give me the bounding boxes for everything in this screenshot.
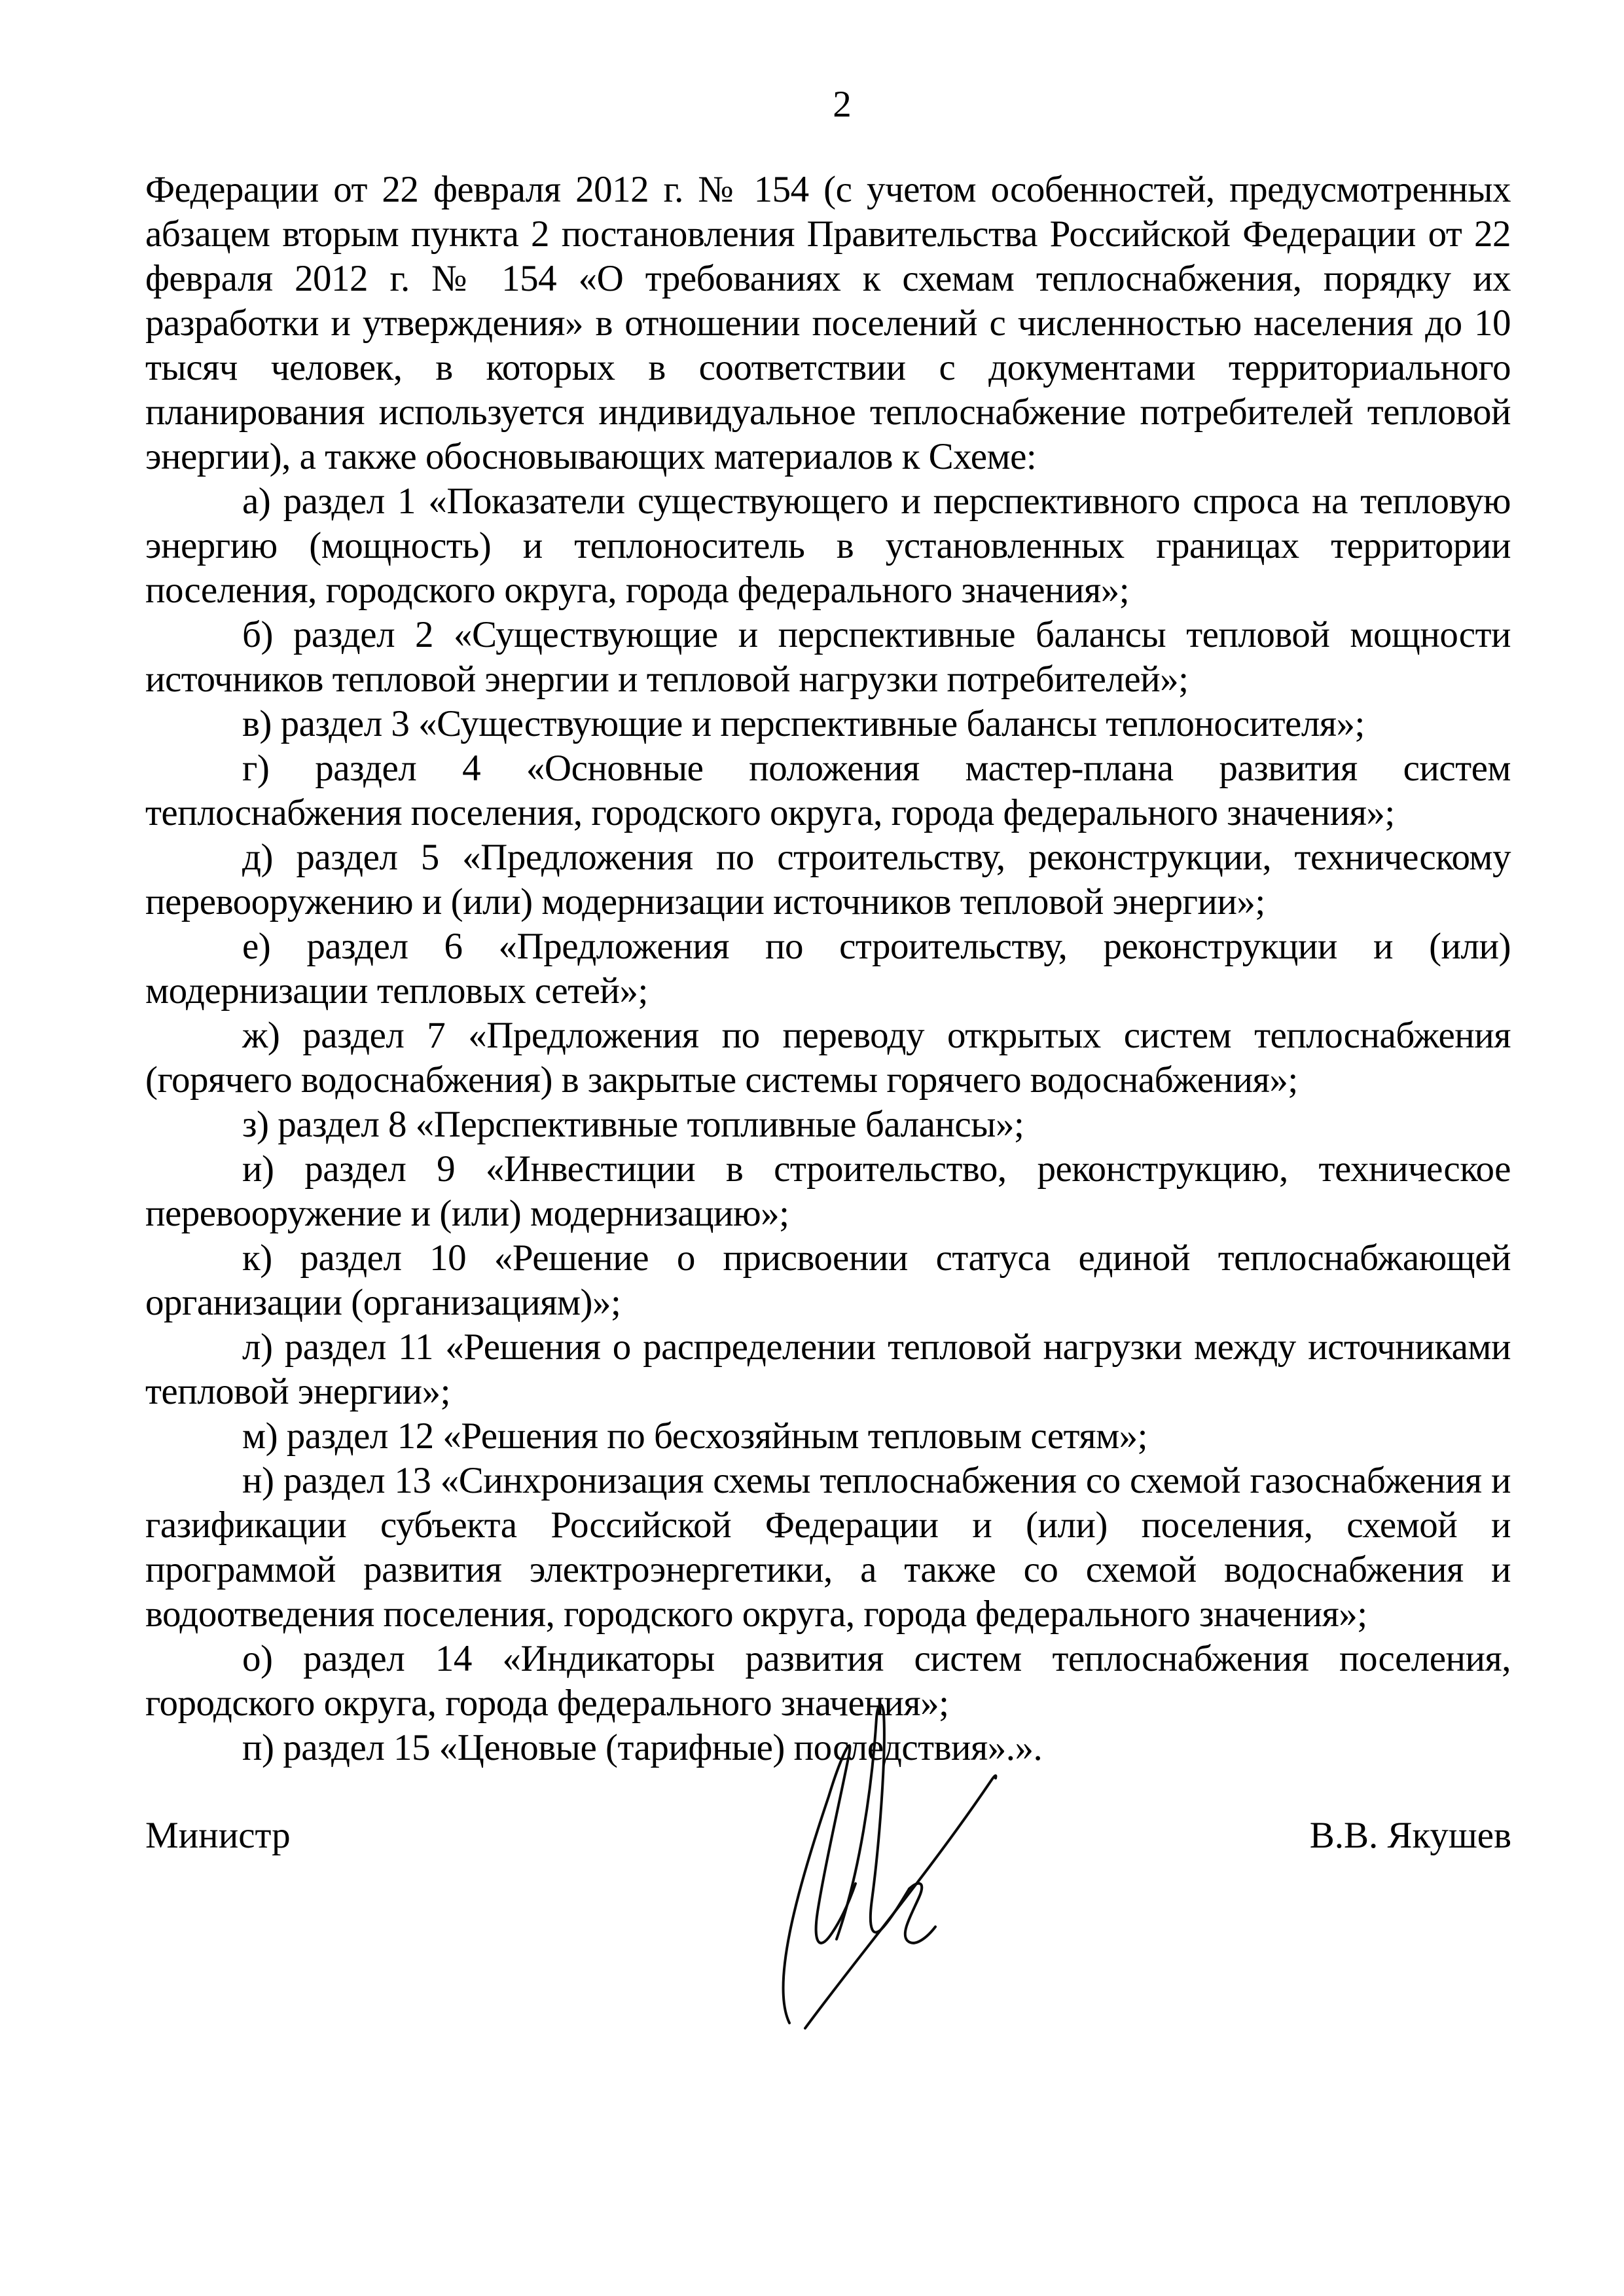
list-item-m: м) раздел 12 «Решения по бесхозяйным теп…	[145, 1414, 1511, 1459]
document-page: { "page": { "number": "2", "paragraphs":…	[0, 0, 1624, 2296]
list-item-a: а) раздел 1 «Показатели существующего и …	[145, 479, 1511, 613]
signer-name: В.В. Якушев	[1310, 1813, 1511, 1858]
list-item-l: л) раздел 11 «Решения о распределении те…	[145, 1325, 1511, 1414]
paragraph-intro: Федерации от 22 февраля 2012 г. № 154 (с…	[145, 168, 1511, 479]
handwritten-signature	[732, 1677, 1020, 2034]
list-item-d: д) раздел 5 «Предложения по строительств…	[145, 835, 1511, 924]
list-item-g: г) раздел 4 «Основные положения мастер-п…	[145, 746, 1511, 835]
list-item-n: н) раздел 13 «Синхронизация схемы теплос…	[145, 1459, 1511, 1637]
document-body: Федерации от 22 февраля 2012 г. № 154 (с…	[145, 168, 1511, 1770]
list-item-zh: ж) раздел 7 «Предложения по переводу отк…	[145, 1013, 1511, 1102]
list-item-k: к) раздел 10 «Решение о присвоении стату…	[145, 1236, 1511, 1325]
list-item-e: е) раздел 6 «Предложения по строительств…	[145, 924, 1511, 1013]
signer-title: Министр	[145, 1813, 291, 1858]
page-number: 2	[30, 82, 1624, 127]
list-item-v: в) раздел 3 «Существующие и перспективны…	[145, 702, 1511, 746]
list-item-i: и) раздел 9 «Инвестиции в строительство,…	[145, 1147, 1511, 1236]
list-item-z: з) раздел 8 «Перспективные топливные бал…	[145, 1102, 1511, 1147]
list-item-b: б) раздел 2 «Существующие и перспективны…	[145, 613, 1511, 702]
